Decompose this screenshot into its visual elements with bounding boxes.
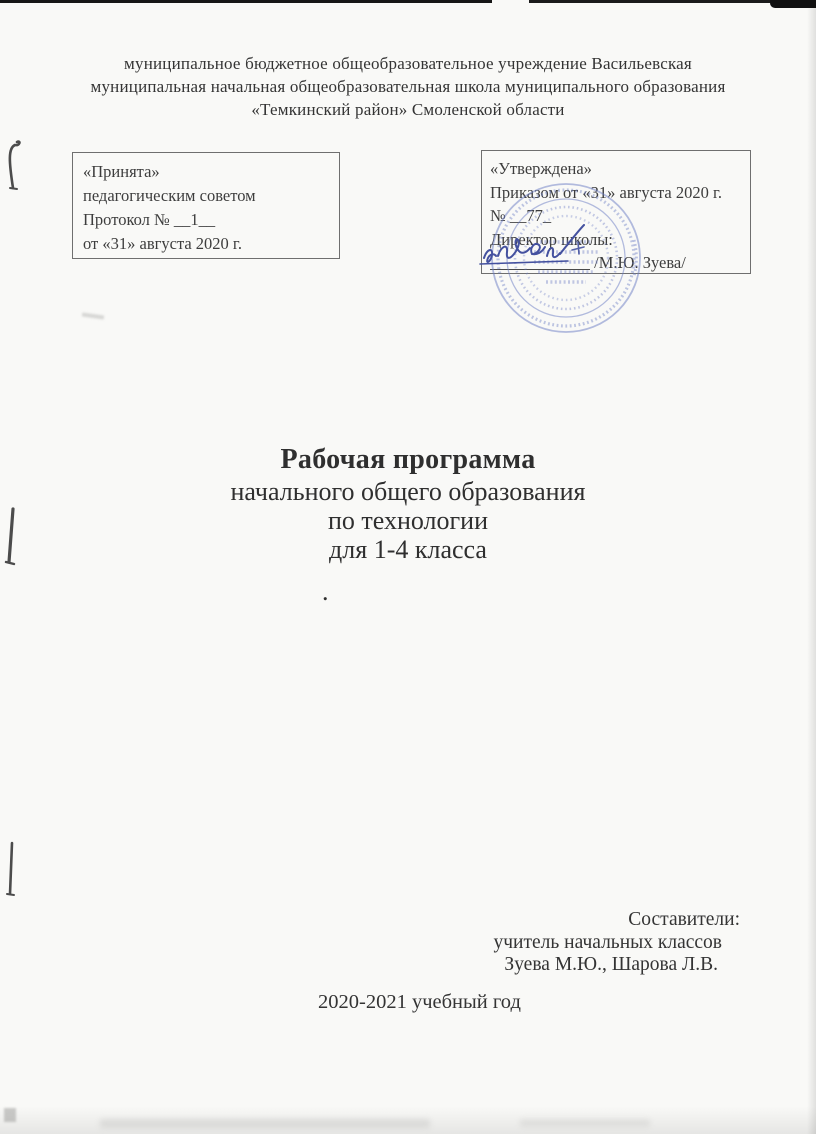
program-title-sub: для 1-4 класса [0, 535, 816, 564]
scan-smudge [82, 312, 104, 319]
signature-caption: /М.Ю. Зуева/ [594, 253, 686, 272]
authors-block: Составители: учитель начальных классов З… [420, 909, 742, 977]
program-title: Рабочая программа начального общего обра… [0, 443, 816, 564]
accepted-line: педагогическим советом [83, 184, 329, 208]
staple-mark-icon [5, 840, 19, 900]
program-title-sub: по технологии [0, 506, 816, 535]
authors-line: учитель начальных классов [420, 932, 742, 955]
approved-line: «Утверждена» [490, 157, 742, 181]
school-header-line: «Темкинский район» Смоленской области [0, 98, 816, 121]
accepted-line: от «31» августа 2020 г. [83, 232, 329, 256]
accepted-box: «Принята» педагогическим советом Протоко… [72, 152, 340, 259]
authors-heading: Составители: [420, 909, 742, 932]
signature-blank-line [490, 255, 590, 270]
approved-box: «Утверждена» Приказом от «31» августа 20… [481, 150, 751, 274]
accepted-line: «Принята» [83, 160, 329, 184]
academic-year: 2020-2021 учебный год [318, 991, 521, 1014]
program-title-sub: начального общего образования [0, 477, 816, 506]
approved-line: Директор школы: [490, 228, 742, 252]
school-header: муниципальное бюджетное общеобразователь… [0, 52, 816, 121]
staple-mark-icon [2, 138, 26, 194]
authors-line: Зуева М.Ю., Шарова Л.В. [420, 954, 742, 977]
scan-smudge [100, 1119, 430, 1128]
scan-edge-right-shadow [807, 0, 816, 1134]
signature-row: /М.Ю. Зуева/ [490, 251, 742, 275]
stray-period: . [322, 577, 329, 607]
school-header-line: муниципальная начальная общеобразователь… [0, 75, 816, 98]
school-header-line: муниципальное бюджетное общеобразователь… [0, 52, 816, 75]
approved-line: Приказом от «31» августа 2020 г. [490, 181, 742, 205]
approved-line: № __77_ [490, 204, 742, 228]
accepted-line: Протокол № __1__ [83, 208, 329, 232]
scan-edge-top-left [0, 0, 492, 3]
scan-smudge [4, 1108, 16, 1122]
scan-smudge [520, 1119, 650, 1127]
program-title-main: Рабочая программа [0, 443, 816, 477]
scan-edge-top-right [529, 0, 773, 3]
scanned-title-page: { "document": { "header": { "line1": "му… [0, 0, 816, 1134]
